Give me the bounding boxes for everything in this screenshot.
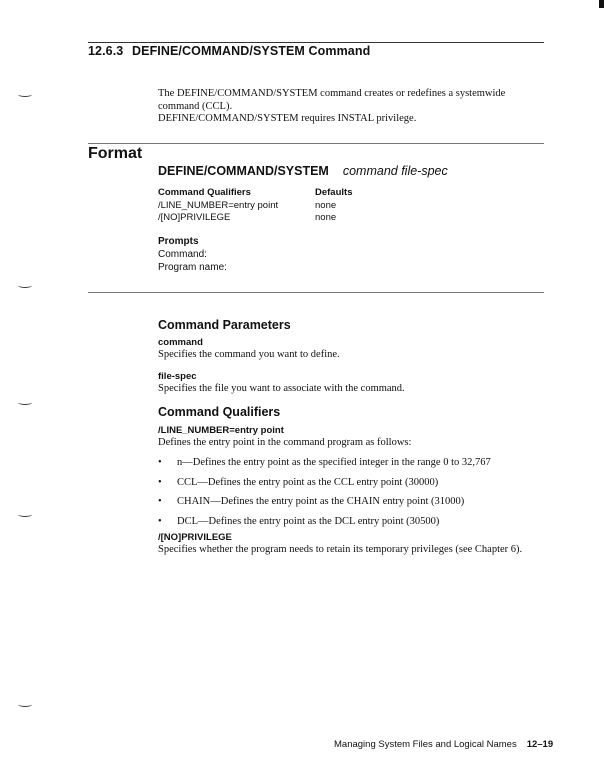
syntax-args: command file-spec: [343, 164, 448, 178]
parameter-term: file-spec: [158, 371, 197, 382]
qualifiers-header: Command Qualifiers: [158, 187, 315, 200]
prompts-block: Prompts Command: Program name:: [158, 235, 227, 274]
list-item: n—Defines the entry point as the specifi…: [158, 457, 491, 477]
defaults-header: Defaults: [315, 187, 352, 200]
margin-punch-mark: [18, 283, 32, 288]
qualifier-term-line-number: /LINE_NUMBER=entry point: [158, 425, 284, 436]
margin-punch-mark: [18, 512, 32, 517]
parameters-heading: Command Parameters: [158, 318, 291, 332]
qualifiers-heading: Command Qualifiers: [158, 405, 280, 419]
scan-corner-mark: [599, 0, 604, 8]
qualifier-term-privilege: /[NO]PRIVILEGE: [158, 532, 232, 543]
margin-punch-mark: [18, 400, 32, 405]
section-title: 12.6.3DEFINE/COMMAND/SYSTEM Command: [88, 44, 370, 58]
section-title-text: DEFINE/COMMAND/SYSTEM Command: [132, 44, 370, 58]
footer-page-number: 12–19: [527, 739, 553, 750]
list-item: CHAIN—Defines the entry point as the CHA…: [158, 496, 491, 516]
list-item: CCL—Defines the entry point as the CCL e…: [158, 477, 491, 497]
qualifier-name: /[NO]PRIVILEGE: [158, 212, 315, 225]
section-number: 12.6.3: [88, 44, 132, 58]
parameter-term: command: [158, 337, 203, 348]
qualifier-description-privilege: Specifies whether the program needs to r…: [158, 544, 538, 557]
entry-point-list: n—Defines the entry point as the specifi…: [158, 457, 491, 535]
table-row: /LINE_NUMBER=entry point none: [158, 200, 352, 213]
format-syntax: DEFINE/COMMAND/SYSTEMcommand file-spec: [158, 164, 448, 178]
margin-punch-mark: [18, 702, 32, 707]
format-heading: Format: [88, 145, 142, 163]
prompts-header: Prompts: [158, 235, 227, 248]
qualifiers-defaults-table: Command Qualifiers Defaults /LINE_NUMBER…: [158, 187, 352, 225]
qualifier-default: none: [315, 200, 336, 213]
footer-chapter-title: Managing System Files and Logical Names: [334, 739, 517, 750]
table-header-row: Command Qualifiers Defaults: [158, 187, 352, 200]
qualifier-description-line-number: Defines the entry point in the command p…: [158, 437, 538, 450]
parameter-description: Specifies the command you want to define…: [158, 349, 538, 362]
qualifier-name: /LINE_NUMBER=entry point: [158, 200, 315, 213]
format-top-rule: [88, 143, 544, 144]
page-footer: Managing System Files and Logical Names1…: [334, 739, 553, 750]
syntax-command: DEFINE/COMMAND/SYSTEM: [158, 164, 329, 178]
prompt-item: Command:: [158, 248, 227, 261]
parameter-description: Specifies the file you want to associate…: [158, 383, 538, 396]
intro-line-2: DEFINE/COMMAND/SYSTEM requires INSTAL pr…: [158, 113, 548, 126]
prompt-item: Program name:: [158, 261, 227, 274]
format-bottom-rule: [88, 292, 544, 293]
qualifier-default: none: [315, 212, 336, 225]
section-top-rule: [88, 42, 544, 43]
margin-punch-mark: [18, 92, 32, 97]
intro-line-1: The DEFINE/COMMAND/SYSTEM command create…: [158, 88, 548, 113]
intro-paragraph: The DEFINE/COMMAND/SYSTEM command create…: [158, 88, 548, 126]
table-row: /[NO]PRIVILEGE none: [158, 212, 352, 225]
